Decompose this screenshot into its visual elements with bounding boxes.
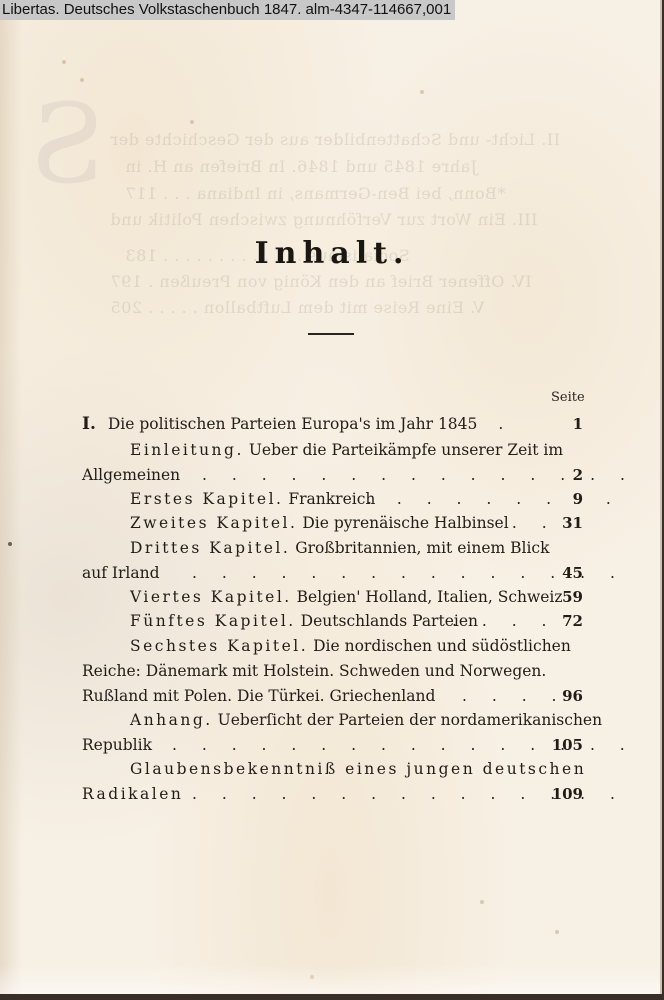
toc-entry: Viertes Kapitel. Belgien' Holland, Itali… bbox=[82, 585, 592, 609]
page-number: 9 bbox=[543, 487, 583, 511]
toc-entry: Zweites Kapitel. Die pyrenäische Halbins… bbox=[82, 511, 592, 535]
entry-title: Großbritannien, mit einem Blick bbox=[295, 539, 549, 557]
toc-entry-continuation: Radikalen . . . . . . . . . . . . . . . … bbox=[82, 782, 592, 806]
entry-lead: Anhang. bbox=[130, 711, 213, 729]
page-number: 59 bbox=[543, 585, 583, 609]
entry-title: Die politischen Parteien Europa's im Jah… bbox=[108, 415, 478, 433]
toc-entry: Drittes Kapitel. Großbritannien, mit ein… bbox=[82, 536, 592, 560]
bleed-through-line: II. Licht- und Schattenbilder aus der Ge… bbox=[110, 130, 560, 149]
entry-lead: Sechstes Kapitel. bbox=[130, 637, 308, 655]
entry-lead: Einleitung. bbox=[130, 441, 244, 459]
book-page: S II. Licht- und Schattenbilder aus der … bbox=[0, 0, 662, 994]
bleed-through-line: IV. Offener Brief an den König von Preuß… bbox=[110, 272, 532, 291]
page-number: 96 bbox=[543, 684, 583, 708]
title-divider bbox=[308, 333, 354, 335]
entry-title: auf Irland bbox=[82, 561, 160, 585]
entry-lead: Zweites Kapitel. bbox=[130, 514, 297, 532]
entry-title: Ueberſicht der Parteien der nordamerikan… bbox=[218, 711, 602, 729]
entry-title: Belgien' Holland, Italien, Schweiz bbox=[297, 588, 563, 606]
entry-title: Frankreich bbox=[288, 490, 375, 508]
entry-title: Die pyrenäische Halbinsel bbox=[302, 514, 508, 532]
page-number: 109 bbox=[543, 782, 583, 806]
toc-entry-continuation: auf Irland . . . . . . . . . . . . . . .… bbox=[82, 561, 592, 585]
entry-lead: Glaubensbekenntniß eines jungen deutsche… bbox=[130, 757, 586, 781]
bleed-through-line: Jahre 1845 und 1846. In Briefen an H. in bbox=[125, 157, 477, 176]
bleed-through-line: III. Ein Wort zur Verföhnung zwischen Po… bbox=[110, 210, 538, 229]
entry-lead: Radikalen bbox=[82, 782, 183, 806]
toc-entry: I.Die politischen Parteien Europa's im J… bbox=[82, 412, 592, 436]
page-number: 2 bbox=[543, 463, 583, 487]
entry-lead: Viertes Kapitel. bbox=[130, 588, 292, 606]
page-number: 45 bbox=[543, 561, 583, 585]
image-caption: Libertas. Deutsches Volkstaschenbuch 184… bbox=[0, 0, 455, 20]
toc-entry: Erstes Kapitel. Frankreich . . . . . . .… bbox=[82, 487, 592, 511]
entry-title: Ueber die Parteikämpfe unserer Zeit im bbox=[249, 441, 563, 459]
bleed-through-initial: S bbox=[30, 80, 105, 208]
page-number: 105 bbox=[543, 733, 583, 757]
toc-entry-continuation: Reiche: Dänemark mit Holstein. Schweden … bbox=[82, 659, 592, 683]
entry-title: Reiche: Dänemark mit Holstein. Schweden … bbox=[82, 659, 546, 683]
entry-title: Allgemeinen bbox=[82, 463, 180, 487]
page-column-header: Seite bbox=[551, 390, 583, 405]
entry-lead: Erstes Kapitel. bbox=[130, 490, 283, 508]
toc-entry: Sechstes Kapitel. Die nordischen und süd… bbox=[82, 634, 592, 658]
bleed-through-line: *Bonn, bei Ben-Germans, in Indiana . . .… bbox=[125, 184, 505, 203]
toc-entry-continuation: Rußland mit Polen. Die Türkei. Griechenl… bbox=[82, 684, 592, 708]
toc-entry-continuation: Republik . . . . . . . . . . . . . . . .… bbox=[82, 733, 592, 757]
page-number: 1 bbox=[543, 412, 583, 436]
toc-entry: Anhang. Ueberſicht der Parteien der nord… bbox=[82, 708, 592, 732]
toc-entry-continuation: Allgemeinen . . . . . . . . . . . . . . … bbox=[82, 463, 592, 487]
toc-entry: Einleitung. Ueber die Parteikämpfe unser… bbox=[82, 438, 592, 462]
part-numeral: I. bbox=[82, 414, 96, 434]
entry-title: Rußland mit Polen. Die Türkei. Griechenl… bbox=[82, 684, 435, 708]
toc-entry: Fünftes Kapitel. Deutschlands Parteien .… bbox=[82, 609, 592, 633]
toc-entry: Glaubensbekenntniß eines jungen deutsche… bbox=[82, 757, 592, 781]
leader-dots: . bbox=[483, 415, 513, 433]
entry-title: Republik bbox=[82, 733, 152, 757]
page-title: Inhalt. bbox=[0, 236, 664, 271]
entry-lead: Drittes Kapitel. bbox=[130, 539, 290, 557]
bleed-through-line: V. Eine Reise mit dem Luftballon . . . .… bbox=[110, 298, 484, 317]
entry-lead: Fünftes Kapitel. bbox=[130, 612, 296, 630]
entry-title: Die nordischen und südöstlichen bbox=[313, 637, 571, 655]
page-number: 31 bbox=[543, 511, 583, 535]
page-number: 72 bbox=[543, 609, 583, 633]
leader-dots: . . . . bbox=[452, 609, 557, 633]
